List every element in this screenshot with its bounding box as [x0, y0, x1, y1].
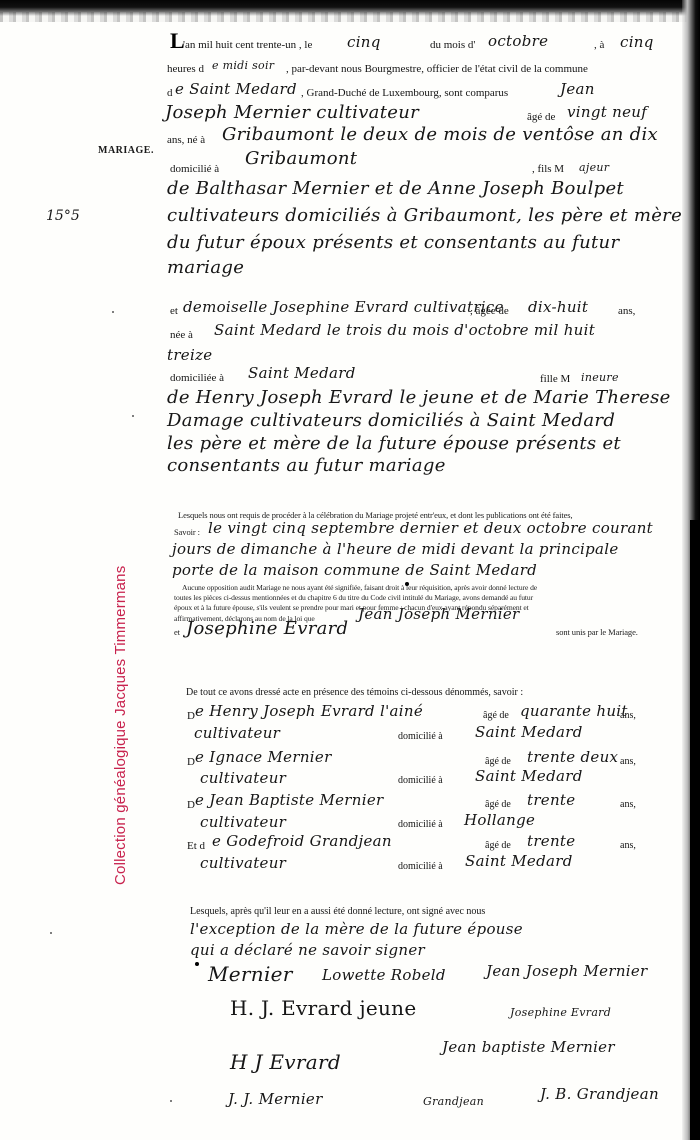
- hw-publications-line1: le vingt cinq septembre dernier et deux …: [208, 519, 653, 537]
- hw-bride-name: demoiselle Josephine Evrard cultivatrice: [183, 298, 504, 316]
- paper-speck: [112, 311, 114, 313]
- ink-dot: [405, 582, 409, 586]
- hw-groom-age: vingt neuf: [567, 103, 647, 121]
- bride-age-label: , âgée de: [470, 305, 509, 317]
- witness2-ans-label: ans,: [620, 756, 636, 767]
- header-line2-printed-a: heures d: [167, 63, 204, 75]
- hw-bride-status: ineure: [581, 371, 619, 384]
- header-line2-printed-b: , par-devant nous Bourgmestre, officier …: [286, 63, 588, 75]
- bride-ans-label: ans,: [618, 305, 635, 317]
- header-line3-printed-a: d: [167, 87, 173, 99]
- hw-groom-parents-line2: cultivateurs domiciliés à Gribaumont, le…: [167, 205, 682, 226]
- signature-jean-baptiste-mernier: Jean baptiste Mernier: [442, 1038, 615, 1056]
- signature-mernier: Mernier: [208, 962, 293, 986]
- header-line3-printed-b: , Grand-Duché de Luxembourg, sont compar…: [301, 87, 508, 99]
- hw-declaration-bride: Josephine Evrard: [186, 618, 348, 639]
- hw-bride-birth: Saint Medard le trois du mois d'octobre …: [214, 321, 595, 339]
- hw-bride-parents-line1: de Henry Joseph Evrard le jeune et de Ma…: [167, 387, 671, 408]
- bride-domicile-label: domiciliée à: [170, 372, 224, 384]
- witness4-age-label: âgé de: [485, 840, 511, 851]
- hw-witness4-occupation: cultivateur: [200, 854, 286, 872]
- bride-daughter-label: fille M: [540, 373, 570, 385]
- signature-hj-evrard: H J Evrard: [230, 1050, 341, 1074]
- collection-watermark: Collection généalogique Jacques Timmerma…: [112, 566, 129, 885]
- hw-witness4-domicile: Saint Medard: [465, 852, 573, 870]
- witnesses-intro: De tout ce avons dressé acte en présence…: [186, 687, 523, 698]
- groom-domicile-label: domicilié à: [170, 163, 219, 175]
- hw-declaration-groom: Jean Joseph Mernier: [358, 605, 520, 623]
- hw-day: cinq: [347, 33, 381, 51]
- declaration-line2: toutes les pièces ci-dessus mentionnées …: [174, 593, 533, 602]
- hw-groom-parents-line4: mariage: [167, 257, 244, 278]
- witness3-age-label: âgé de: [485, 799, 511, 810]
- hw-hour: cinq: [620, 33, 654, 51]
- declaration-line1: Aucune opposition audit Mariage ne nous …: [182, 583, 537, 592]
- witness2-prefix: D: [187, 756, 195, 768]
- hw-groom-first-name: Jean: [560, 80, 595, 98]
- hw-groom-birth: Gribaumont le deux de mois de ventôse an…: [222, 124, 658, 145]
- signature-jean-joseph-mernier: Jean Joseph Mernier: [486, 962, 648, 980]
- signature-hj-evrard-jeune: H. J. Evrard jeune: [230, 996, 416, 1020]
- hw-witness2-age: trente deux: [527, 748, 618, 766]
- hw-month: octobre: [488, 32, 548, 50]
- page-top-edge-noise: [0, 12, 700, 22]
- signature-josephine-evrard-small: Josephine Evrard: [510, 1006, 611, 1019]
- groom-son-label: , fils M: [532, 163, 564, 175]
- closing-printed: Lesquels, après qu'il leur en a aussi ét…: [190, 906, 485, 917]
- witness4-domicile-label: domicilié à: [398, 861, 443, 872]
- hw-commune: e Saint Medard: [175, 80, 297, 98]
- witness1-prefix: D: [187, 710, 195, 722]
- witness4-ans-label: ans,: [620, 840, 636, 851]
- bride-birth-label: née à: [170, 329, 193, 341]
- hw-witness1-occupation: cultivateur: [194, 724, 280, 742]
- hw-groom-parents-line1: de Balthasar Mernier et de Anne Joseph B…: [167, 178, 624, 199]
- header-line1-printed: 'an mil huit cent trente-un , le: [183, 39, 312, 51]
- hw-time-of-day: e midi soir: [212, 59, 274, 72]
- hw-groom-domicile: Gribaumont: [245, 148, 357, 169]
- hw-groom-status: ajeur: [579, 161, 609, 174]
- hw-witness2-name: e Ignace Mernier: [195, 748, 332, 766]
- signature-grandjean: Grandjean: [423, 1095, 484, 1108]
- hw-closing-line1: l'exception de la mère de la future épou…: [190, 920, 523, 938]
- hw-bride-birth-year: treize: [167, 346, 212, 364]
- hw-witness4-age: trente: [527, 832, 575, 850]
- hw-bride-parents-line3: les père et mère de la future épouse pré…: [167, 433, 621, 454]
- witness1-age-label: âgé de: [483, 710, 509, 721]
- groom-birth-label: ans, né à: [167, 134, 205, 146]
- document-page: MARIAGE. 15°5 Collection généalogique Ja…: [0, 0, 700, 1140]
- header-a-label: , à: [594, 39, 604, 51]
- hw-bride-parents-line2: Damage cultivateurs domiciliés à Saint M…: [167, 410, 615, 431]
- witness3-domicile-label: domicilié à: [398, 819, 443, 830]
- hw-witness3-occupation: cultivateur: [200, 813, 286, 831]
- paper-speck: [170, 1100, 172, 1102]
- publications-savoir-label: Savoir :: [174, 527, 200, 537]
- hw-witness3-name: e Jean Baptiste Mernier: [195, 791, 383, 809]
- witness2-age-label: âgé de: [485, 756, 511, 767]
- hw-publications-line3: porte de la maison commune de Saint Meda…: [172, 561, 537, 579]
- ink-dot: [195, 962, 199, 966]
- header-month-label: du mois d': [430, 39, 475, 51]
- hw-witness4-name: e Godefroid Grandjean: [212, 832, 392, 850]
- declaration-end: sont unis par le Mariage.: [556, 627, 638, 637]
- signature-lowette-robeld: Lowette Robeld: [322, 966, 446, 984]
- witness1-domicile-label: domicilié à: [398, 731, 443, 742]
- hw-groom-name: Joseph Mernier cultivateur: [165, 102, 419, 123]
- hw-bride-age: dix-huit: [528, 298, 588, 316]
- hw-groom-parents-line3: du futur époux présents et consentants a…: [167, 232, 619, 253]
- margin-section-title: MARIAGE.: [98, 145, 154, 156]
- signature-jj-mernier: J. J. Mernier: [228, 1090, 323, 1108]
- hw-witness2-occupation: cultivateur: [200, 769, 286, 787]
- hw-witness1-name: e Henry Joseph Evrard l'ainé: [195, 702, 423, 720]
- hw-witness3-age: trente: [527, 791, 575, 809]
- signature-jb-grandjean: J. B. Grandjean: [540, 1085, 659, 1103]
- witness4-prefix: Et d: [187, 840, 205, 852]
- witness3-prefix: D: [187, 799, 195, 811]
- witness2-domicile-label: domicilié à: [398, 775, 443, 786]
- hw-bride-parents-line4: consentants au futur mariage: [167, 455, 446, 476]
- hw-witness2-domicile: Saint Medard: [475, 767, 583, 785]
- bride-et-label: et: [170, 305, 178, 317]
- hw-bride-domicile: Saint Medard: [248, 364, 356, 382]
- hw-witness3-domicile: Hollange: [464, 811, 535, 829]
- hw-witness1-age: quarante huit: [520, 702, 628, 720]
- hw-publications-line2: jours de dimanche à l'heure de midi deva…: [172, 540, 619, 558]
- paper-speck: [50, 932, 52, 934]
- declaration-et-label: et: [174, 627, 180, 637]
- margin-record-number: 15°5: [46, 208, 80, 224]
- paper-speck: [132, 415, 134, 417]
- page-binding-dark-strip: [690, 520, 700, 1140]
- groom-age-label: âgé de: [527, 111, 555, 123]
- hw-witness1-domicile: Saint Medard: [475, 723, 583, 741]
- witness1-ans-label: ans,: [620, 710, 636, 721]
- witness3-ans-label: ans,: [620, 799, 636, 810]
- hw-closing-line2: qui a déclaré ne savoir signer: [190, 941, 425, 959]
